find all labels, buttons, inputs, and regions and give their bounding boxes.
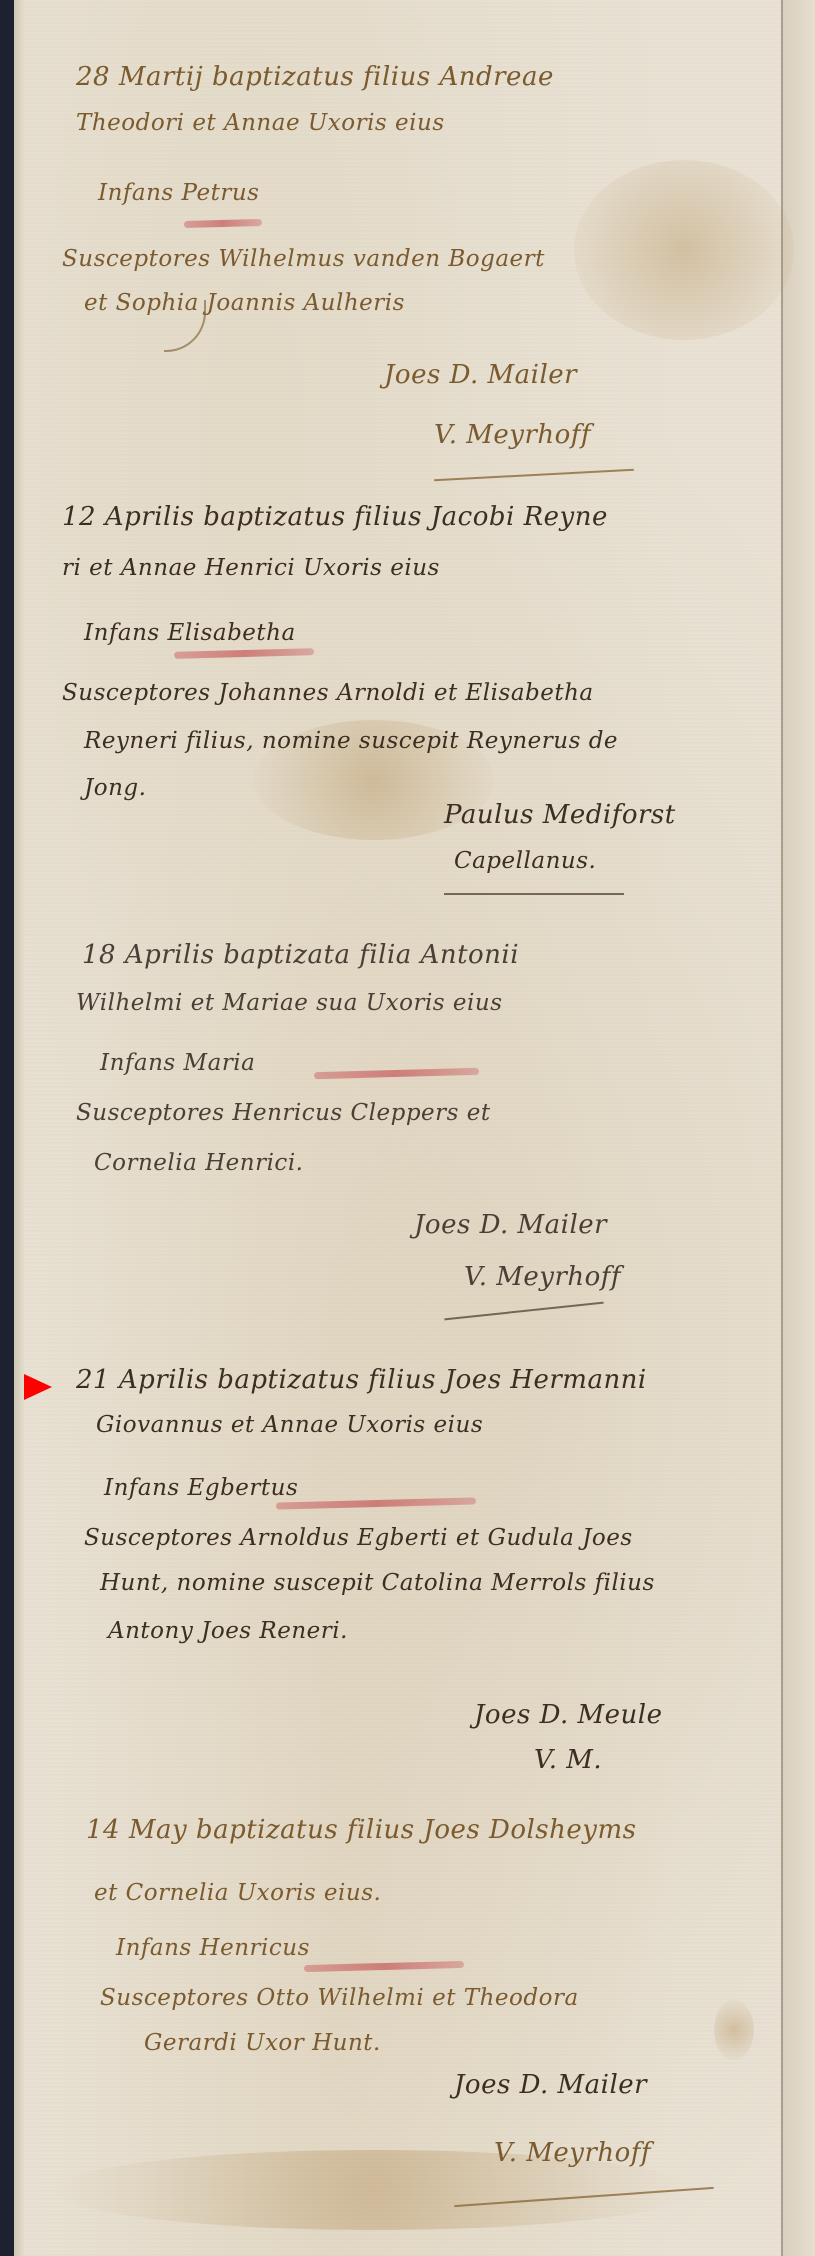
entry-sponsors-line: et Sophia Joannis Aulheris — [84, 290, 405, 316]
entry-sponsors-line: Susceptores Arnoldus Egberti et Gudula J… — [84, 1525, 633, 1551]
entry-sponsors-line: Antony Joes Reneri. — [108, 1618, 348, 1644]
manuscript-page: 28 Martij baptizatus filius Andreae Theo… — [14, 0, 815, 2256]
red-underline — [304, 1961, 464, 1972]
entry-sponsors-line: Jong. — [84, 775, 146, 801]
signature-line: Joes D. Mailer — [414, 1210, 607, 1240]
entry-header-line: 14 May baptizatus filius Joes Dolsheyms — [86, 1815, 636, 1845]
entry-sponsors-line: Susceptores Henricus Cleppers et — [76, 1100, 491, 1126]
entry-header-line: 12 Aprilis baptizatus filius Jacobi Reyn… — [62, 502, 608, 532]
entry-parents-line: ri et Annae Henrici Uxoris eius — [62, 555, 440, 581]
red-triangle-marker-icon — [24, 1374, 52, 1400]
entry-header-line: 28 Martij baptizatus filius Andreae — [76, 62, 554, 92]
separator-stroke — [434, 469, 634, 481]
facing-page-edge — [783, 0, 815, 2256]
entry-sponsors-line: Cornelia Henrici. — [94, 1150, 303, 1176]
red-underline — [314, 1068, 479, 1079]
entry-sponsors-line: Reyneri filius, nomine suscepit Reynerus… — [84, 728, 618, 754]
entry-infant-line: Infans Egbertus — [104, 1475, 298, 1501]
signature-line: V. M. — [534, 1745, 602, 1775]
entry-sponsors-line: Gerardi Uxor Hunt. — [144, 2030, 381, 2056]
water-stain — [574, 160, 794, 340]
entry-header-line: 21 Aprilis baptizatus filius Joes Herman… — [76, 1365, 647, 1395]
signature-line: Joes D. Mailer — [454, 2070, 647, 2100]
entry-parents-line: Giovannus et Annae Uxoris eius — [96, 1412, 483, 1438]
signature-line: Paulus Mediforst — [444, 800, 676, 830]
entry-sponsors-line: Susceptores Johannes Arnoldi et Elisabet… — [62, 680, 594, 706]
ink-blot — [714, 2000, 754, 2060]
entry-infant-line: Infans Maria — [100, 1050, 255, 1076]
separator-stroke — [444, 893, 624, 895]
entry-sponsors-line: Susceptores Wilhelmus vanden Bogaert — [62, 246, 545, 272]
signature-line: Joes D. Mailer — [384, 360, 577, 390]
entry-infant-line: Infans Elisabetha — [84, 620, 296, 646]
red-underline — [276, 1497, 476, 1509]
signature-line: Joes D. Meule — [474, 1700, 662, 1730]
entry-parents-line: Wilhelmi et Mariae sua Uxoris eius — [76, 990, 503, 1016]
signature-line: Capellanus. — [454, 848, 596, 874]
signature-line: V. Meyrhoff — [464, 1262, 621, 1292]
entry-header-line: 18 Aprilis baptizata filia Antonii — [82, 940, 519, 970]
signature-line: V. Meyrhoff — [434, 420, 591, 450]
separator-stroke — [444, 1302, 603, 1321]
signature-line: V. Meyrhoff — [494, 2138, 651, 2168]
entry-sponsors-line: Hunt, nomine suscepit Catolina Merrols f… — [100, 1570, 655, 1596]
entry-sponsors-line: Susceptores Otto Wilhelmi et Theodora — [100, 1985, 579, 2011]
page-left-edge — [14, 0, 24, 2256]
red-underline — [184, 219, 262, 228]
entry-parents-line: et Cornelia Uxoris eius. — [94, 1880, 381, 1906]
entry-parents-line: Theodori et Annae Uxoris eius — [76, 110, 445, 136]
pen-flourish — [164, 300, 206, 352]
entry-infant-line: Infans Henricus — [116, 1935, 310, 1961]
entry-infant-line: Infans Petrus — [98, 180, 259, 206]
red-underline — [174, 648, 314, 659]
